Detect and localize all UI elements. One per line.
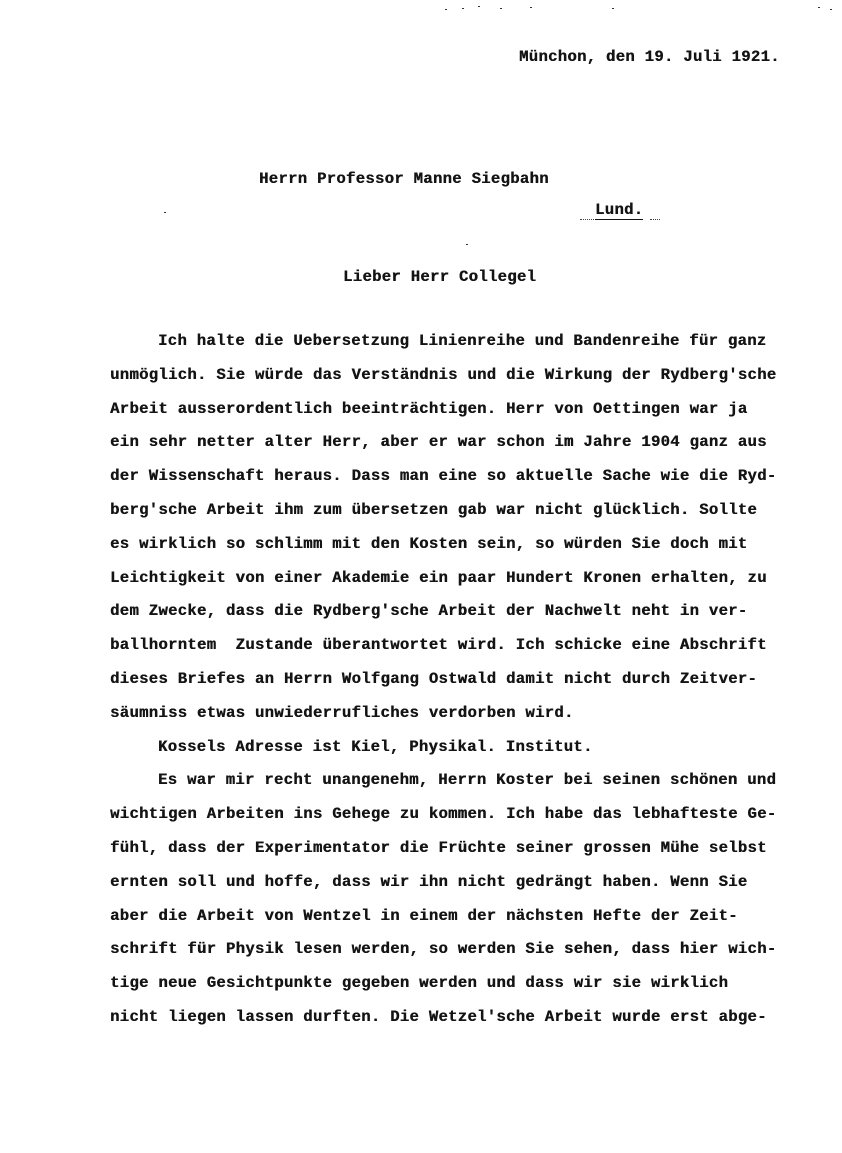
letter-page: Münchon, den 19. Juli 1921. Herrn Profes…	[0, 0, 842, 1153]
scan-speck	[612, 8, 614, 9]
underline-trail	[650, 219, 660, 220]
letter-line: es wirklich so schlimm mit den Kosten se…	[110, 535, 747, 553]
letter-line: säumniss etwas unwiederrufliches verdorb…	[110, 704, 574, 722]
letter-line: der Wissenschaft heraus. Dass man eine s…	[110, 467, 776, 485]
scan-speck	[462, 8, 464, 9]
scan-speck	[478, 6, 480, 7]
letter-line: Ich halte die Uebersetzung Linienreihe u…	[158, 332, 766, 350]
letter-line: Kossels Adresse ist Kiel, Physikal. Inst…	[158, 738, 593, 756]
scan-speck	[164, 212, 166, 213]
scan-speck	[830, 9, 832, 10]
scan-speck	[818, 7, 820, 8]
letter-line: unmöglich. Sie würde das Verständnis und…	[110, 366, 776, 384]
letter-line: nicht liegen lassen durften. Die Wetzel'…	[110, 1008, 767, 1026]
scan-speck	[500, 8, 502, 9]
letter-line: fühl, dass der Experimentator die Frücht…	[110, 839, 767, 857]
letter-line: Arbeit ausserordentlich beeinträchtigen.…	[110, 400, 747, 418]
letter-line: schrift für Physik lesen werden, so werd…	[110, 940, 776, 958]
letter-line: tige neue Gesichtpunkte gegeben werden u…	[110, 974, 728, 992]
scan-speck	[466, 244, 468, 245]
recipient-address: Herrn Professor Manne Siegbahn	[259, 170, 549, 188]
salutation: Lieber Herr Collegel	[343, 268, 536, 286]
letter-line: Es war mir recht unangenehm, Herrn Koste…	[158, 771, 776, 789]
letter-line: dieses Briefes an Herrn Wolfgang Ostwald…	[110, 670, 757, 688]
scan-speck	[445, 9, 447, 10]
letter-line: dem Zwecke, dass die Rydberg'sche Arbeit…	[110, 602, 747, 620]
scan-speck	[530, 7, 532, 8]
letter-line: aber die Arbeit von Wentzel in einem der…	[110, 907, 738, 925]
letter-line: ein sehr netter alter Herr, aber er war …	[110, 433, 767, 451]
recipient-city: Lund.	[595, 201, 643, 220]
letter-line: ballhorntem Zustande überantwortet wird.…	[110, 636, 767, 654]
letter-line: wichtigen Arbeiten ins Gehege zu kommen.…	[110, 805, 776, 823]
letter-line: berg'sche Arbeit ihm zum übersetzen gab …	[110, 501, 757, 519]
letter-line: ernten soll und hoffe, dass wir ihn nich…	[110, 873, 747, 891]
dateline: Münchon, den 19. Juli 1921.	[519, 48, 780, 66]
letter-line: Leichtigkeit von einer Akademie ein paar…	[110, 569, 767, 587]
